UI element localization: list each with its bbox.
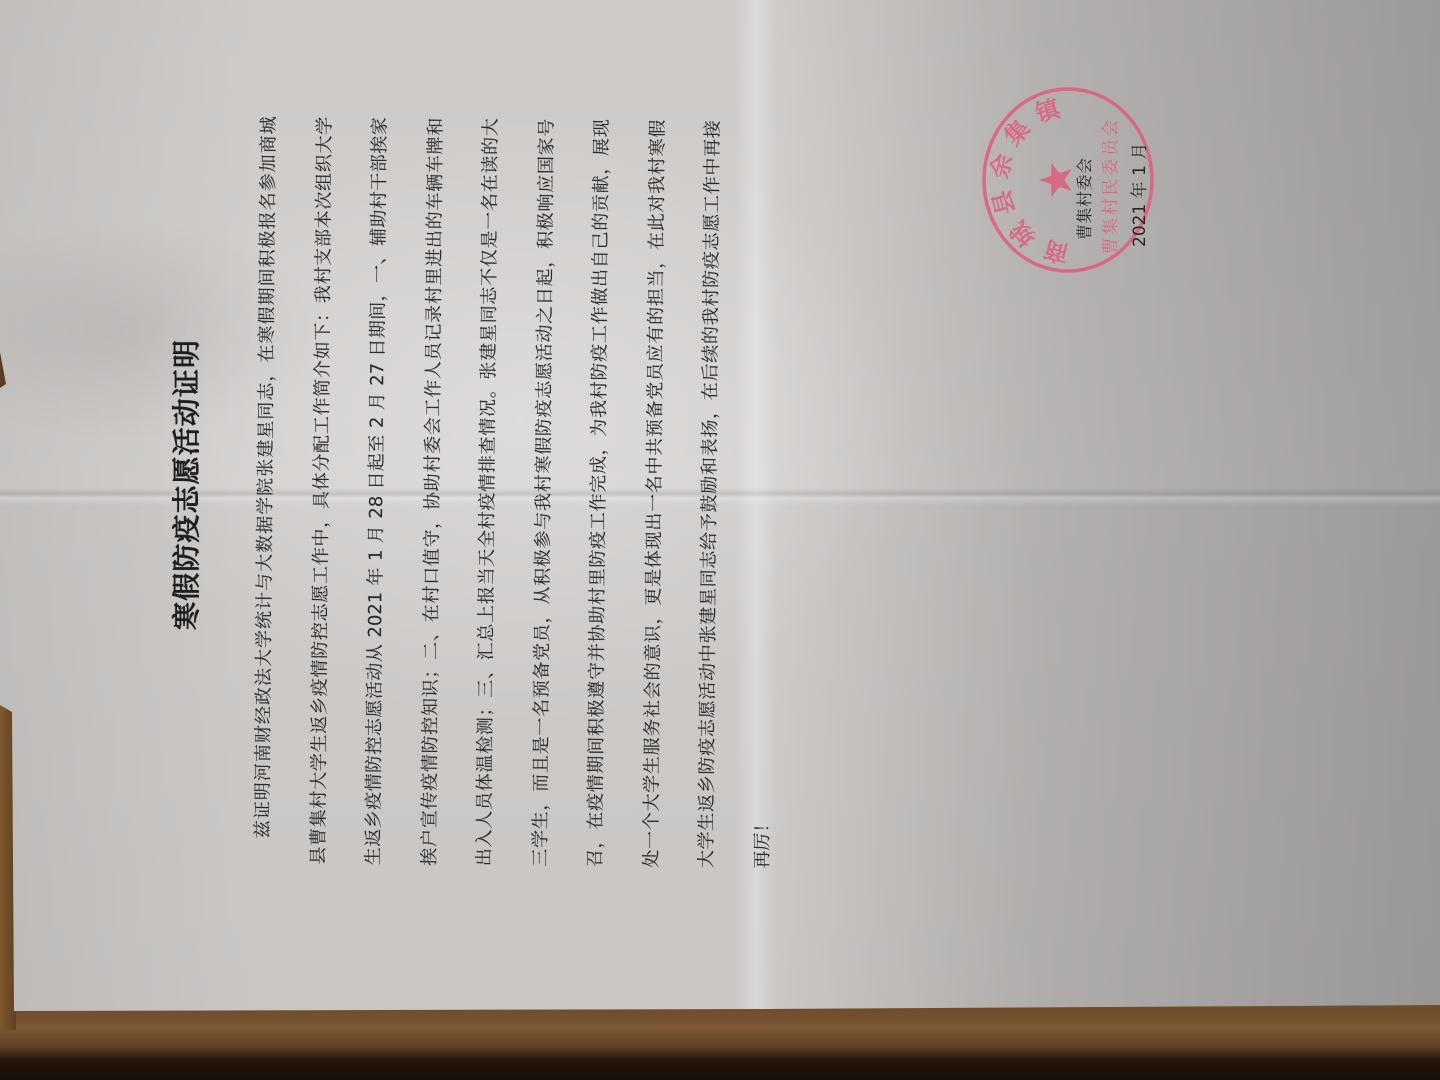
body-line: 三学生，而且是一名预备党员，从积极参与我村寒假防疫志愿活动之日起，积极响应国家号: [512, 118, 574, 866]
body-line: 挨户宣传疫情防控知识；二、在村口值守，协助村委会工作人员记录村里进出的车辆车牌和: [401, 117, 463, 865]
body-line: 大学生返乡防疫志愿活动中张建星同志给予鼓励和表扬，在后续的我村防疫志愿工作中再接: [679, 120, 741, 868]
document-title: 寒假防疫志愿活动证明: [171, 340, 203, 630]
document-page: 寒假防疫志愿活动证明 兹证明河南财经政法大学统计与大数据学院张建星同志，在寒假期…: [0, 0, 1440, 1010]
body-line: 再厉！: [734, 120, 796, 868]
star-icon: [1039, 163, 1072, 197]
body-line: 生返乡疫情防控志愿活动从 2021 年 1 月 28 日起至 2 月 27 日期…: [346, 117, 408, 865]
body-line: 兹证明河南财经政法大学统计与大数据学院张建星同志，在寒假期间积极报名参加商城: [235, 116, 297, 864]
paper-sheet: 寒假防疫志愿活动证明 兹证明河南财经政法大学统计与大数据学院张建星同志，在寒假期…: [0, 0, 1440, 1012]
body-line: 县曹集村大学生返乡疫情防控志愿工作中，具体分配工作简介如下：我村支部本次组织大学: [290, 117, 352, 865]
body-line: 召，在疫情期间积极遵守并协助村里防疫工作完成，为我村防疫工作做出自己的贡献，展现: [568, 119, 630, 867]
signature-organization: 曹集村委会: [1075, 158, 1095, 240]
stamp-center-text: 曹集村民委员会: [1101, 120, 1121, 255]
signature-date: 2021 年 1 月: [1130, 145, 1150, 247]
body-line: 出入人员体温检测；三、汇总上报当天全村疫情排查情况。张建星同志不仅是一名在读的大: [457, 118, 519, 866]
document-body: 兹证明河南财经政法大学统计与大数据学院张建星同志，在寒假期间积极报名参加商城 县…: [235, 116, 797, 869]
body-line: 处一个大学生服务社会的意识，更是体现出一名中共预备党员应有的担当，在此对我村寒假: [623, 119, 685, 867]
